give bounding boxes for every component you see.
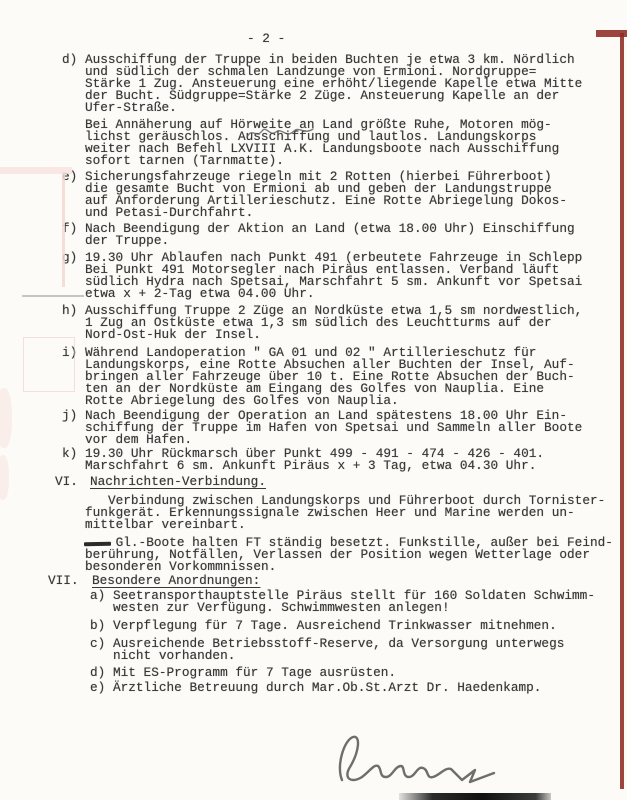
paragraph-item-g: g) 19.30 Uhr Ablaufen nach Punkt 491 (er…	[62, 252, 582, 300]
handwritten-annotation	[243, 122, 323, 144]
section-vii-title: Besondere Anordnungen:	[92, 573, 260, 588]
paragraph-item-j: j) Nach Beendigung der Operation an Land…	[62, 410, 582, 446]
red-edge-line	[620, 33, 624, 789]
paragraph-vii-a: a) Seetransporthauptstelle Piräus stellt…	[90, 590, 595, 614]
paragraph-vii-e: e) Ärztliche Betreuung durch Mar.Ob.St.A…	[90, 682, 541, 694]
section-vi-title-wrap: Nachrichten-Verbindung.	[90, 476, 266, 488]
paragraph-item-d: d) Ausschiffung der Truppe in beiden Buc…	[62, 54, 582, 114]
section-vii-title-wrap: Besondere Anordnungen:	[92, 575, 260, 587]
paragraph-item-f: f) Nach Beendigung der Aktion an Land (e…	[62, 223, 575, 247]
signature	[322, 726, 542, 798]
page-number: - 2 -	[247, 33, 285, 45]
section-vii-numeral: VII.	[48, 575, 79, 587]
pink-stain-upper	[0, 388, 12, 448]
paragraph-vii-c: c) Ausreichende Betriebsstoff-Reserve, d…	[90, 638, 564, 662]
paragraph-item-h: h) Ausschiffung Truppe 2 Züge an Nordküs…	[62, 305, 582, 341]
paragraph-item-k: k) 19.30 Uhr Rückmarsch über Punkt 499 -…	[62, 448, 544, 472]
document-page: - 2 - d) Ausschiffung der Truppe in beid…	[0, 0, 627, 800]
paragraph-vi-2: Gl.-Boote halten FT ständig besetzt. Fun…	[85, 537, 613, 573]
section-vi-title: Nachrichten-Verbindung.	[90, 474, 266, 489]
paragraph-vii-d: d) Mit ES-Programm für 7 Tage ausrüsten.	[90, 667, 396, 679]
bottom-scan-bar	[399, 793, 551, 800]
section-vi-numeral: VI.	[55, 476, 78, 488]
pink-bleed-vline	[62, 172, 65, 287]
pink-stain-lower	[0, 455, 9, 500]
paragraph-vii-b: b) Verpflegung für 7 Tage. Ausreichend T…	[90, 620, 557, 632]
pink-bleed-box	[23, 337, 75, 392]
paragraph-item-i: i) Während Landoperation " GA 01 und 02 …	[62, 347, 575, 407]
pencil-margin-line	[22, 295, 84, 297]
section-vii-heading: VII.	[48, 575, 79, 587]
redaction-mark	[84, 542, 111, 546]
paragraph-item-e: e) Sicherungsfahrzeuge riegeln mit 2 Rot…	[62, 171, 567, 219]
paragraph-vi-1: Verbindung zwischen Landungskorps und Fü…	[85, 495, 605, 531]
section-vi-heading: VI.	[55, 476, 78, 488]
